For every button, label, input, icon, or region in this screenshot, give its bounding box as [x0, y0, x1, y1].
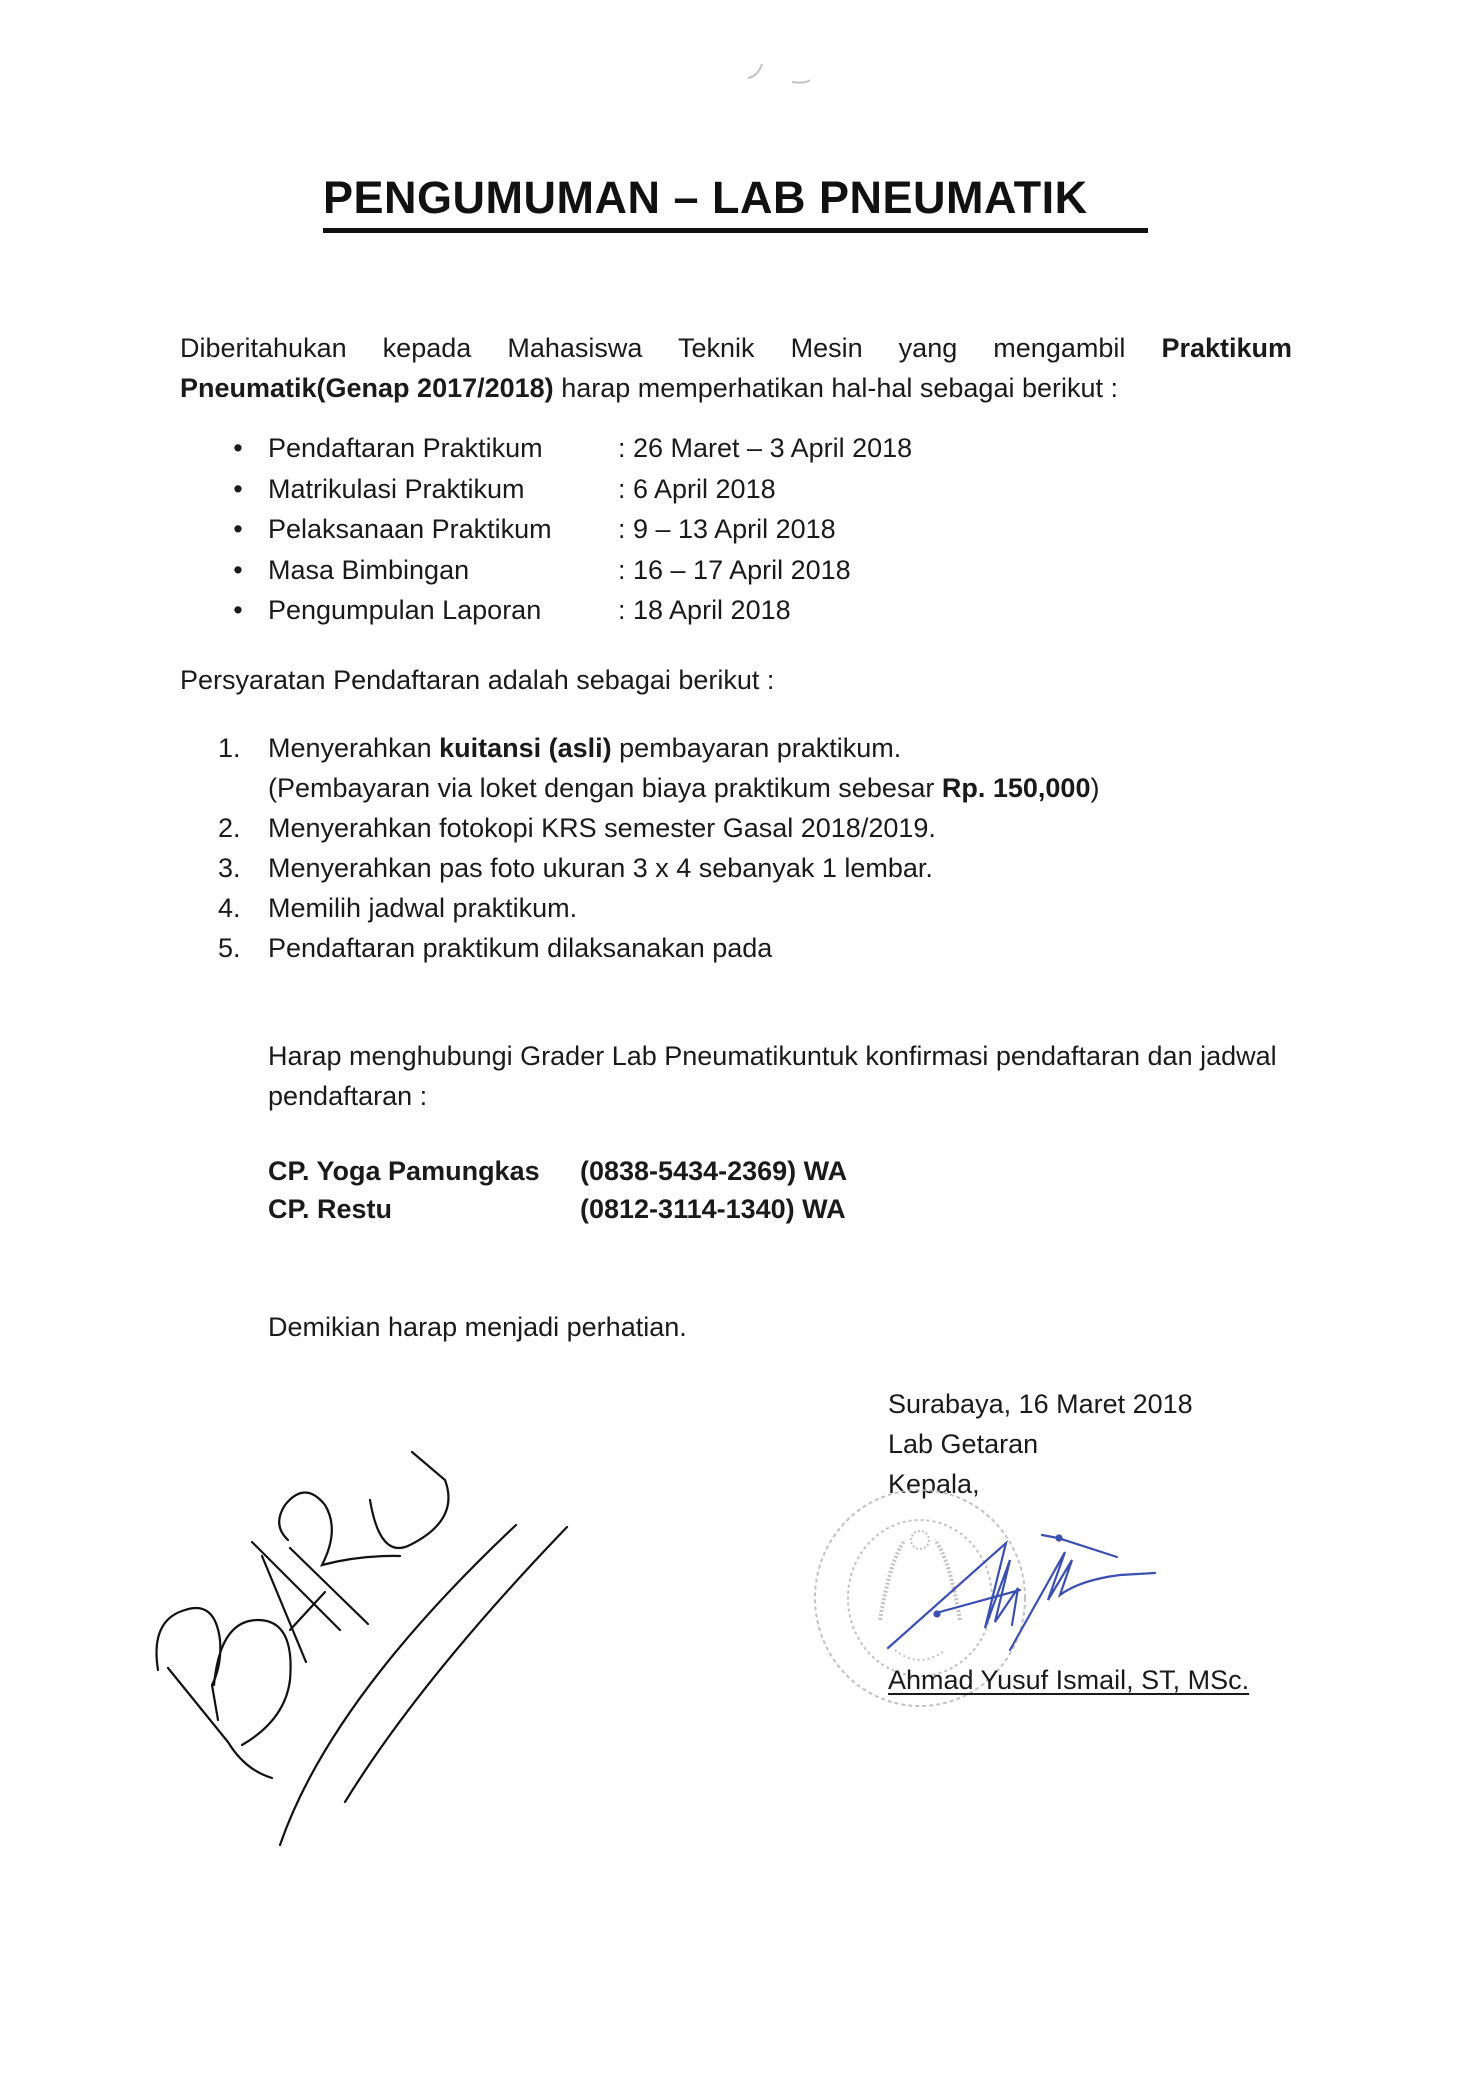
- schedule-value: : 26 Maret – 3 April 2018: [618, 428, 912, 469]
- signature-block: Surabaya, 16 Maret 2018 Lab Getaran Kepa…: [888, 1384, 1193, 1504]
- bullet-icon: •: [228, 590, 248, 631]
- requirement-subtext-part: (Pembayaran via loket dengan biaya prakt…: [268, 773, 942, 803]
- requirement-text-part: pembayaran praktikum.: [612, 733, 902, 763]
- requirement-subtext-part: ): [1090, 773, 1099, 803]
- requirement-text: Menyerahkan kuitansi (asli) pembayaran p…: [268, 728, 901, 768]
- requirement-number: 2.: [218, 808, 254, 848]
- requirements-list: 1. Menyerahkan kuitansi (asli) pembayara…: [218, 728, 1218, 968]
- schedule-value: : 16 – 17 April 2018: [618, 550, 851, 591]
- scan-marks: [748, 64, 810, 83]
- schedule-item: • Pengumpulan Laporan : 18 April 2018: [228, 590, 1128, 631]
- title-underline: [323, 228, 1148, 233]
- requirement-item: 1. Menyerahkan kuitansi (asli) pembayara…: [218, 728, 1218, 808]
- schedule-label: Pelaksanaan Praktikum: [268, 509, 552, 550]
- requirement-text: Menyerahkan pas foto ukuran 3 x 4 sebany…: [268, 848, 933, 888]
- schedule-label: Pengumpulan Laporan: [268, 590, 541, 631]
- requirement-text: Memilih jadwal praktikum.: [268, 888, 577, 928]
- requirement-item: 4. Memilih jadwal praktikum.: [218, 888, 1218, 928]
- contact-instructions: Harap menghubungi Grader Lab Pneumatikun…: [268, 1036, 1298, 1116]
- requirement-text: Pendaftaran praktikum dilaksanakan pada: [268, 928, 772, 968]
- intro-text-2: harap memperhatikan hal-hal sebagai beri…: [554, 373, 1118, 403]
- schedule-label: Matrikulasi Praktikum: [268, 469, 525, 510]
- handwritten-note-icon: [157, 1452, 567, 1845]
- contact-name: CP. Yoga Pamungkas: [268, 1152, 540, 1190]
- requirement-text-bold: kuitansi (asli): [439, 733, 612, 763]
- requirement-number: 1.: [218, 728, 254, 768]
- schedule-label: Masa Bimbingan: [268, 550, 469, 591]
- document-title: PENGUMUMAN – LAB PNEUMATIK: [323, 172, 1148, 224]
- contact-name: CP. Restu: [268, 1190, 392, 1228]
- requirement-text-part: Menyerahkan: [268, 733, 439, 763]
- schedule-label: Pendaftaran Praktikum: [268, 428, 543, 469]
- bullet-icon: •: [228, 509, 248, 550]
- signer-role: Kepala,: [888, 1464, 1193, 1504]
- intro-text-1: Diberitahukan kepada Mahasiswa Teknik Me…: [180, 333, 1161, 363]
- requirement-item: 5. Pendaftaran praktikum dilaksanakan pa…: [218, 928, 1218, 968]
- requirement-subtext: (Pembayaran via loket dengan biaya prakt…: [268, 768, 1099, 808]
- bullet-icon: •: [228, 550, 248, 591]
- requirements-heading: Persyaratan Pendaftaran adalah sebagai b…: [180, 660, 774, 700]
- schedule-item: • Masa Bimbingan : 16 – 17 April 2018: [228, 550, 1128, 591]
- requirement-text: Menyerahkan fotokopi KRS semester Gasal …: [268, 808, 936, 848]
- place-date: Surabaya, 16 Maret 2018: [888, 1384, 1193, 1424]
- schedule-list: • Pendaftaran Praktikum : 26 Maret – 3 A…: [228, 428, 1128, 631]
- schedule-value: : 6 April 2018: [618, 469, 776, 510]
- intro-paragraph: Diberitahukan kepada Mahasiswa Teknik Me…: [180, 328, 1292, 408]
- requirement-number: 3.: [218, 848, 254, 888]
- schedule-item: • Pelaksanaan Praktikum : 9 – 13 April 2…: [228, 509, 1128, 550]
- signature-icon: [888, 1535, 1155, 1650]
- bullet-icon: •: [228, 469, 248, 510]
- bullet-icon: •: [228, 428, 248, 469]
- schedule-item: • Pendaftaran Praktikum : 26 Maret – 3 A…: [228, 428, 1128, 469]
- requirement-number: 5.: [218, 928, 254, 968]
- signer-name: Ahmad Yusuf Ismail, ST, MSc.: [888, 1662, 1249, 1698]
- schedule-item: • Matrikulasi Praktikum : 6 April 2018: [228, 469, 1128, 510]
- schedule-value: : 18 April 2018: [618, 590, 791, 631]
- requirement-item: 2. Menyerahkan fotokopi KRS semester Gas…: [218, 808, 1218, 848]
- closing-remark: Demikian harap menjadi perhatian.: [268, 1307, 687, 1347]
- schedule-value: : 9 – 13 April 2018: [618, 509, 836, 550]
- requirement-item: 3. Menyerahkan pas foto ukuran 3 x 4 seb…: [218, 848, 1218, 888]
- fee-amount: Rp. 150,000: [942, 773, 1091, 803]
- unit-name: Lab Getaran: [888, 1424, 1193, 1464]
- contact-phone: (0838-5434-2369) WA: [580, 1152, 847, 1190]
- contact-phone: (0812-3114-1340) WA: [580, 1190, 846, 1228]
- requirement-number: 4.: [218, 888, 254, 928]
